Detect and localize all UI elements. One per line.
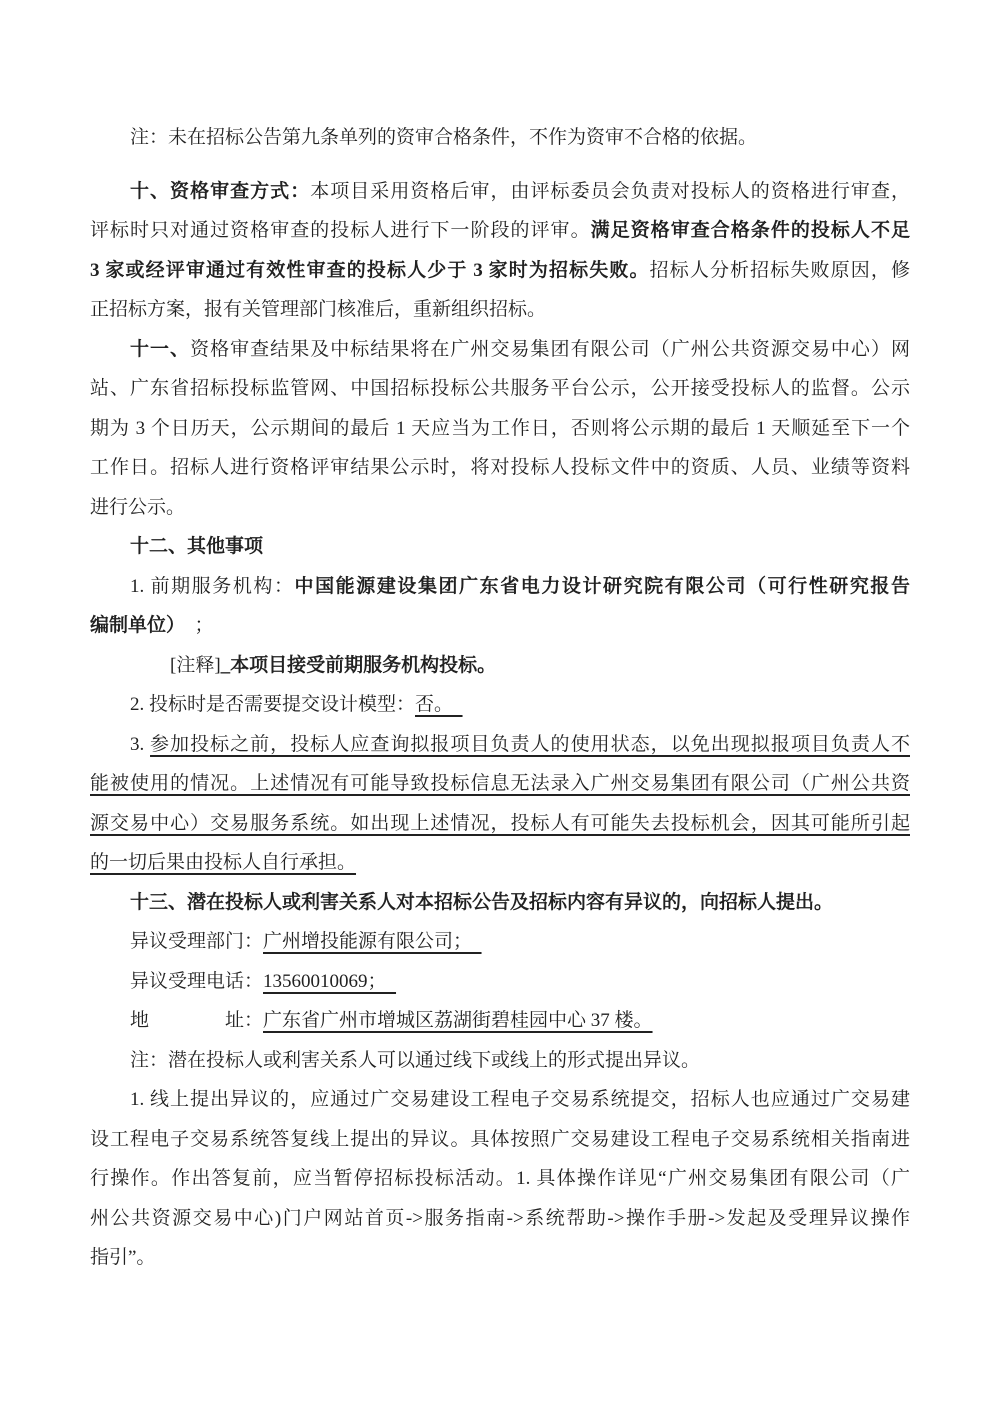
text-line: 异议受理电话：13560010069；	[90, 962, 910, 1002]
text-segment: 行操作。作出答复前，应当暂停招标投标活动。1. 具体操作详见“广州交易集团有限公…	[90, 1168, 910, 1189]
text-line: 地 址：广东省广州市增城区荔湖街碧桂园中心 37 楼。	[90, 1001, 910, 1041]
text-segment: 州公共资源交易中心)门户网站首页->服务指南->系统帮助->操作手册->发起及受…	[90, 1208, 910, 1229]
text-segment: 指引”。	[90, 1247, 155, 1268]
text-segment: 源交易中心）交易服务系统。如出现上述情况，投标人有可能失去投标机会，因其可能所引…	[90, 813, 910, 834]
document-body: 注：未在招标公告第九条单列的资审合格条件，不作为资审不合格的依据。十、资格审查方…	[90, 118, 910, 1278]
text-segment: 地 址：	[130, 1010, 263, 1031]
text-line: 工作日。招标人进行资格评审结果公示时，将对投标人投标文件中的资质、人员、业绩等资…	[90, 448, 910, 488]
text-segment: 否。	[415, 694, 463, 715]
text-segment: 十、资格审查方式：	[130, 181, 310, 202]
text-line: 十二、其他事项	[90, 527, 910, 567]
text-segment: 正招标方案，报有关管理部门核准后，重新组织招标。	[90, 299, 546, 320]
text-line: 3. 参加投标之前，投标人应查询拟报项目负责人的使用状态，以免出现拟报项目负责人…	[90, 725, 910, 765]
text-segment: [注释]	[170, 655, 221, 676]
text-segment: 广州增投能源有限公司；	[263, 931, 482, 952]
text-line: 2. 投标时是否需要提交设计模型：否。	[90, 685, 910, 725]
text-segment: 13560010069；	[263, 971, 396, 992]
text-line: [注释]_本项目接受前期服务机构投标。	[90, 646, 910, 686]
text-line: 设工程电子交易系统答复线上提出的异议。具体按照广交易建设工程电子交易系统相关指南…	[90, 1120, 910, 1160]
text-segment: 1. 前期服务机构：	[130, 576, 295, 597]
text-segment: 广东省广州市增城区荔湖街碧桂园中心 37 楼。	[263, 1010, 653, 1031]
text-segment: 3 家或经评审通过有效性审查的投标人少于 3 家时为招标失败。	[90, 260, 650, 281]
text-line: 行操作。作出答复前，应当暂停招标投标活动。1. 具体操作详见“广州交易集团有限公…	[90, 1159, 910, 1199]
text-segment: 2. 投标时是否需要提交设计模型：	[130, 694, 415, 715]
text-line: 十三、潜在投标人或利害关系人对本招标公告及招标内容有异议的，向招标人提出。	[90, 883, 910, 923]
text-segment: 资格审查结果及中标结果将在广州交易集团有限公司（广州公共资源交易中心）网	[190, 339, 910, 360]
text-line: 十一、资格审查结果及中标结果将在广州交易集团有限公司（广州公共资源交易中心）网	[90, 330, 910, 370]
text-line: 正招标方案，报有关管理部门核准后，重新组织招标。	[90, 290, 910, 330]
text-line: 源交易中心）交易服务系统。如出现上述情况，投标人有可能失去投标机会，因其可能所引…	[90, 804, 910, 844]
text-line: 3 家或经评审通过有效性审查的投标人少于 3 家时为招标失败。招标人分析招标失败…	[90, 251, 910, 291]
text-line: 期为 3 个日历天，公示期间的最后 1 天应当为工作日，否则将公示期的最后 1 …	[90, 409, 910, 449]
text-line: 注：潜在投标人或利害关系人可以通过线下或线上的形式提出异议。	[90, 1041, 910, 1081]
text-line: 进行公示。	[90, 488, 910, 528]
text-segment: 期为 3 个日历天，公示期间的最后 1 天应当为工作日，否则将公示期的最后 1 …	[90, 418, 910, 439]
text-line: 注：未在招标公告第九条单列的资审合格条件，不作为资审不合格的依据。	[90, 118, 910, 158]
text-segment: 站、广东省招标投标监管网、中国招标投标公共服务平台公示，公开接受投标人的监督。公…	[90, 378, 910, 399]
text-segment: 评标时只对通过资格审查的投标人进行下一阶段的评审。	[90, 220, 591, 241]
text-segment: 满足资格审查合格条件的投标人不足	[591, 220, 910, 241]
text-segment: 异议受理电话：	[130, 971, 263, 992]
text-line: 评标时只对通过资格审查的投标人进行下一阶段的评审。满足资格审查合格条件的投标人不…	[90, 211, 910, 251]
text-segment: 3.	[130, 734, 150, 755]
text-line: 州公共资源交易中心)门户网站首页->服务指南->系统帮助->操作手册->发起及受…	[90, 1199, 910, 1239]
text-segment: 中国能源建设集团广东省电力设计研究院有限公司（可行性研究报告	[295, 576, 910, 597]
text-segment: _本项目接受前期服务机构投标。	[221, 655, 497, 676]
text-segment: 异议受理部门：	[130, 931, 263, 952]
document-page: 注：未在招标公告第九条单列的资审合格条件，不作为资审不合格的依据。十、资格审查方…	[0, 0, 1000, 1414]
text-segment: 十一、	[130, 339, 190, 360]
text-line: 1. 线上提出异议的，应通过广交易建设工程电子交易系统提交，招标人也应通过广交易…	[90, 1080, 910, 1120]
text-line: 站、广东省招标投标监管网、中国招标投标公共服务平台公示，公开接受投标人的监督。公…	[90, 369, 910, 409]
text-line: 指引”。	[90, 1238, 910, 1278]
text-segment: 参加投标之前，投标人应查询拟报项目负责人的使用状态，以免出现拟报项目负责人不	[150, 734, 910, 755]
text-segment: 设工程电子交易系统答复线上提出的异议。具体按照广交易建设工程电子交易系统相关指南…	[90, 1129, 910, 1150]
text-segment: 注：潜在投标人或利害关系人可以通过线下或线上的形式提出异议。	[130, 1050, 700, 1071]
text-line: 异议受理部门：广州增投能源有限公司；	[90, 922, 910, 962]
text-segment: 的一切后果由投标人自行承担。	[90, 852, 356, 873]
text-segment: 招标人分析招标失败原因，修	[650, 260, 910, 281]
text-segment: 1. 线上提出异议的，应通过广交易建设工程电子交易系统提交，招标人也应通过广交易…	[130, 1089, 910, 1110]
text-segment: 工作日。招标人进行资格评审结果公示时，将对投标人投标文件中的资质、人员、业绩等资…	[90, 457, 910, 478]
text-segment: 能被使用的情况。上述情况有可能导致投标信息无法录入广州交易集团有限公司（广州公共…	[90, 773, 910, 794]
text-line: 的一切后果由投标人自行承担。	[90, 843, 910, 883]
text-segment: 注：未在招标公告第九条单列的资审合格条件，不作为资审不合格的依据。	[130, 127, 757, 148]
text-line: 能被使用的情况。上述情况有可能导致投标信息无法录入广州交易集团有限公司（广州公共…	[90, 764, 910, 804]
text-segment: ；	[176, 615, 214, 636]
text-segment: 编制单位）	[90, 615, 176, 636]
text-segment: 本项目采用资格后审，由评标委员会负责对投标人的资格进行审查，	[310, 181, 910, 202]
text-segment: 十三、潜在投标人或利害关系人对本招标公告及招标内容有异议的，向招标人提出。	[130, 892, 833, 913]
text-line: 十、资格审查方式：本项目采用资格后审，由评标委员会负责对投标人的资格进行审查，	[90, 172, 910, 212]
text-segment: 十二、其他事项	[130, 536, 263, 557]
text-line: 1. 前期服务机构：中国能源建设集团广东省电力设计研究院有限公司（可行性研究报告	[90, 567, 910, 607]
text-line: 编制单位） ；	[90, 606, 910, 646]
text-segment: 进行公示。	[90, 497, 185, 518]
